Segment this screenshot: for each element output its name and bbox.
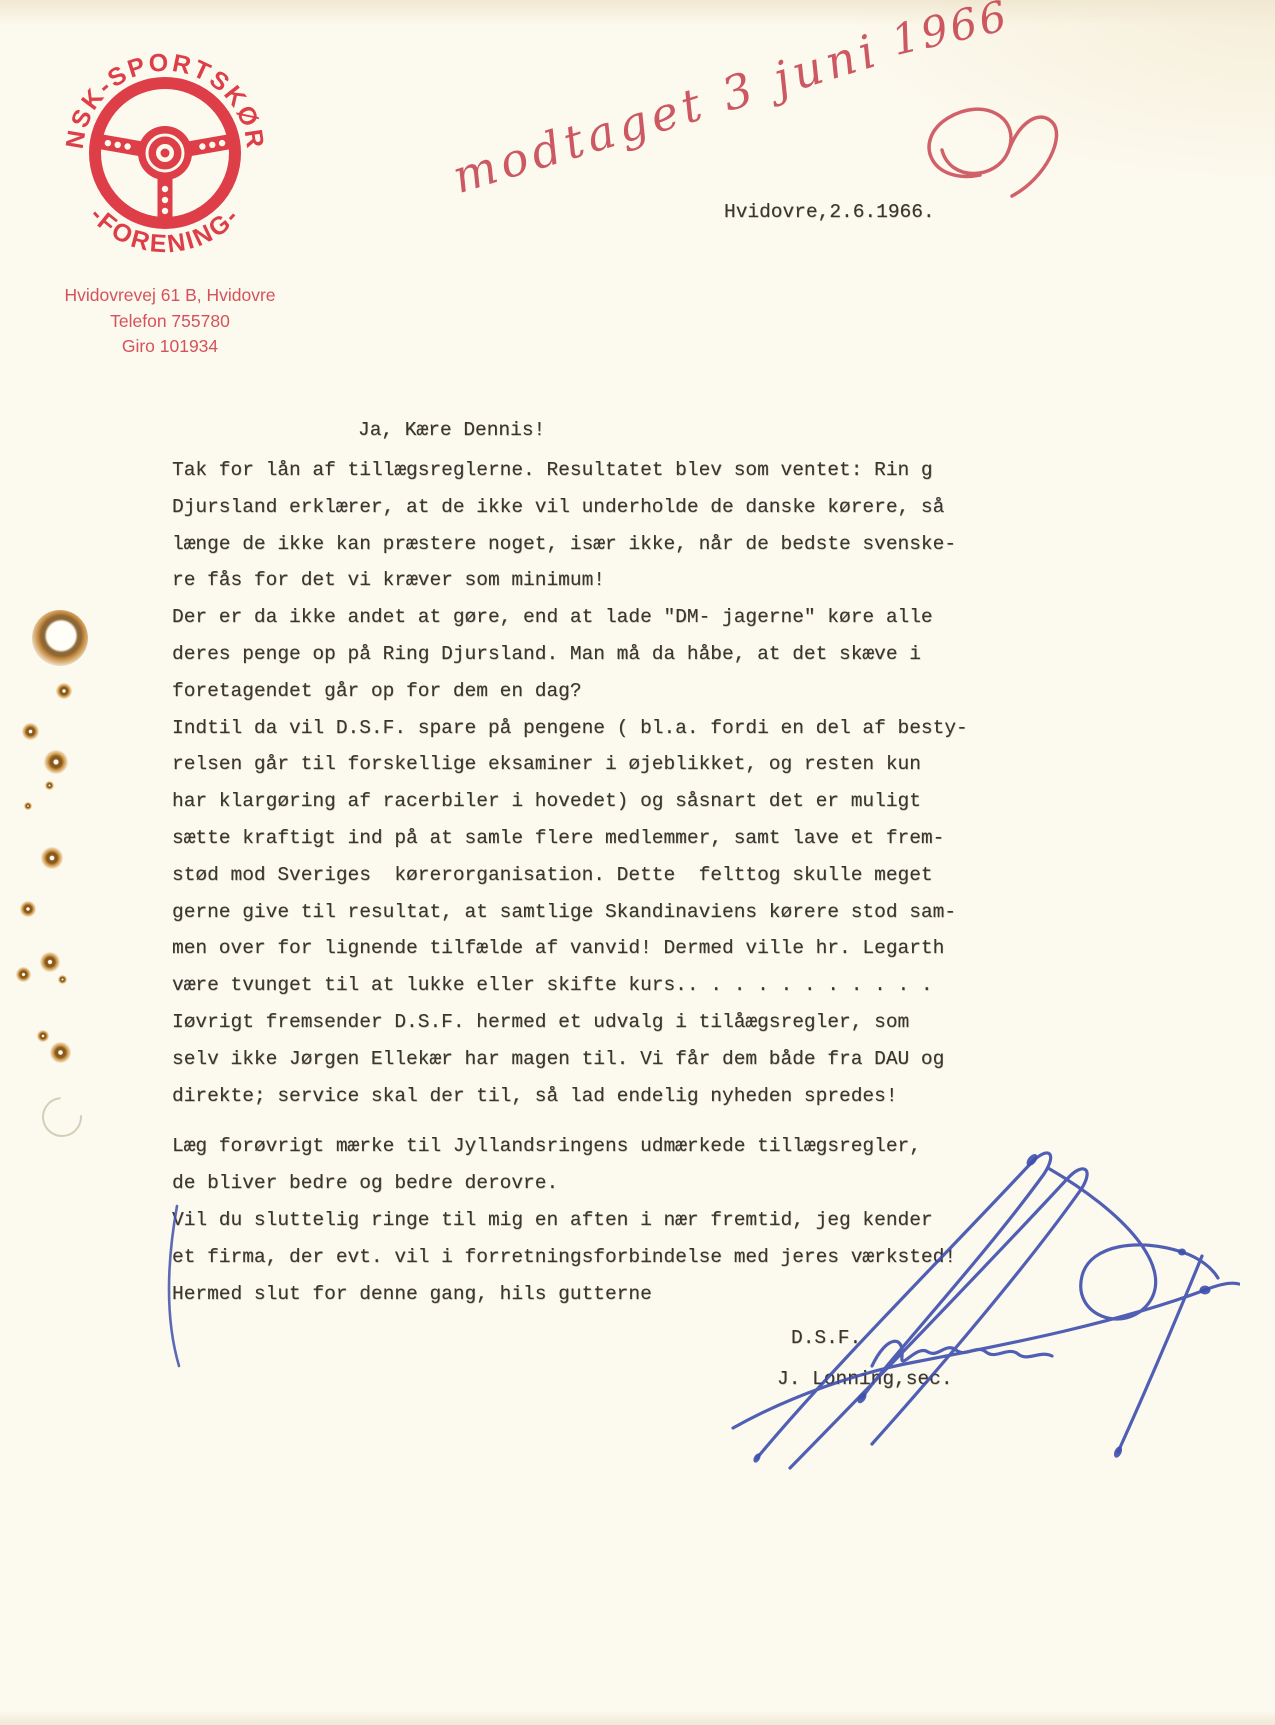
- letter-line: de bliver bedre og bedre derovre.: [172, 1165, 968, 1202]
- received-note-handwriting: modtaget 3 juni: [446, 23, 886, 204]
- received-year-handwriting: 1966: [887, 0, 1014, 65]
- received-initials-flourish: [830, 88, 1080, 218]
- faint-hole-ring: [34, 1089, 90, 1145]
- letter-line: stød mod Sveriges kørerorganisation. Det…: [172, 857, 968, 894]
- letter-line: være tvunget til at lukke eller skifte k…: [172, 967, 968, 1004]
- letterhead-address-block: Hvidovrevej 61 B, Hvidovre Telefon 75578…: [52, 283, 288, 360]
- letter-line: relsen går til forskellige eksaminer i ø…: [172, 746, 968, 783]
- letterhead-giro: Giro 101934: [52, 334, 288, 360]
- letter-line: Tak for lån af tillægsreglerne. Resultat…: [172, 452, 968, 489]
- steering-wheel-icon: [95, 83, 235, 223]
- letter-line: re fås for det vi kræver som minimum!: [172, 562, 968, 599]
- letter-salutation: Ja, Kære Dennis!: [358, 419, 545, 441]
- rust-spot: [56, 683, 72, 699]
- letter-line: men over for lignende tilfælde af vanvid…: [172, 930, 968, 967]
- rust-spot: [44, 750, 68, 774]
- letter-page: DANSK-SPORTSKØRER -FORENING- Hvidovrev: [0, 0, 1275, 1725]
- letter-line: direkte; service skal der til, så lad en…: [172, 1078, 968, 1115]
- letter-line: sætte kraftigt ind på at samle flere med…: [172, 820, 968, 857]
- letter-line: et firma, der evt. vil i forretningsforb…: [172, 1239, 968, 1276]
- letter-line: Læg forøvrigt mærke til Jyllandsringens …: [172, 1128, 968, 1165]
- letter-line: selv ikke Jørgen Ellekær har magen til. …: [172, 1041, 968, 1078]
- letter-line: har klargøring af racerbiler i hovedet) …: [172, 783, 968, 820]
- rust-spot: [37, 1030, 49, 1042]
- letter-body: Tak for lån af tillægsreglerne. Resultat…: [172, 452, 968, 1312]
- closing-organization: D.S.F.: [791, 1327, 861, 1349]
- rust-spot: [41, 847, 63, 869]
- rust-spot: [45, 781, 54, 790]
- letter-line: deres penge op på Ring Djursland. Man må…: [172, 636, 968, 673]
- letter-paragraph: Læg forøvrigt mærke til Jyllandsringens …: [172, 1128, 968, 1202]
- letter-paragraph: Indtil da vil D.S.F. spare på pengene ( …: [172, 710, 968, 1004]
- rust-spot: [24, 802, 32, 810]
- letter-line: Indtil da vil D.S.F. spare på pengene ( …: [172, 710, 968, 747]
- letter-paragraph: Iøvrigt fremsender D.S.F. hermed et udva…: [172, 1004, 968, 1114]
- letter-line: Iøvrigt fremsender D.S.F. hermed et udva…: [172, 1004, 968, 1041]
- letter-line: længe de ikke kan præstere noget, især i…: [172, 526, 968, 563]
- letter-paragraph: Vil du sluttelig ringe til mig en aften …: [172, 1202, 968, 1312]
- letter-line: Hermed slut for denne gang, hils guttern…: [172, 1276, 968, 1313]
- letter-line: foretagendet går op for dem en dag?: [172, 673, 968, 710]
- rust-spot: [16, 967, 31, 982]
- letter-line: Djursland erklærer, at de ikke vil under…: [172, 489, 968, 526]
- letter-line: Der er da ikke andet at gøre, end at lad…: [172, 599, 968, 636]
- rust-spot: [58, 975, 67, 984]
- letter-paragraph: Der er da ikke andet at gøre, end at lad…: [172, 599, 968, 709]
- letter-paragraph: Tak for lån af tillægsreglerne. Resultat…: [172, 452, 968, 599]
- letter-line: Vil du sluttelig ringe til mig en aften …: [172, 1202, 968, 1239]
- letter-line: gerne give til resultat, at samtlige Ska…: [172, 894, 968, 931]
- letterhead-phone: Telefon 755780: [52, 309, 288, 335]
- dsf-club-logo: DANSK-SPORTSKØRER -FORENING-: [58, 44, 273, 262]
- letterhead-address: Hvidovrevej 61 B, Hvidovre: [52, 283, 288, 309]
- closing-signatory-name: J. Lonning,sec.: [777, 1368, 953, 1390]
- rust-spot: [20, 901, 36, 917]
- punch-hole: [32, 610, 88, 666]
- rust-spot: [22, 723, 39, 740]
- rust-spot: [40, 952, 60, 972]
- rust-spot: [50, 1042, 71, 1063]
- letter-date: Hvidovre,2.6.1966.: [724, 201, 935, 223]
